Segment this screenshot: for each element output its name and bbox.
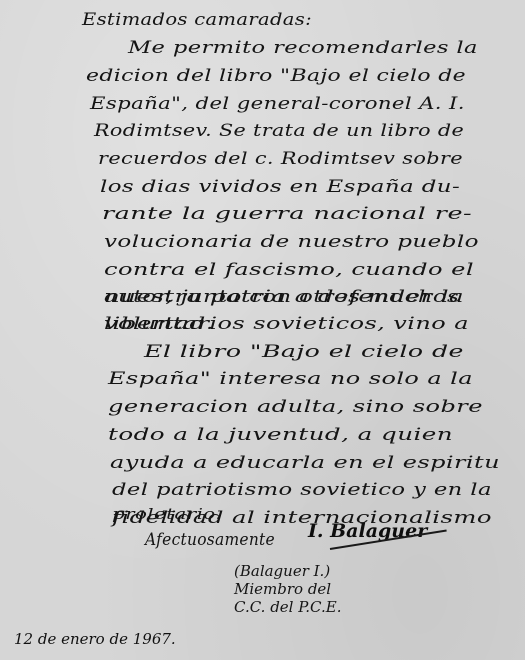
paragraph-line: generacion adulta, sino sobre xyxy=(108,397,483,417)
paragraph-line: los dias vividos en España du- xyxy=(100,177,460,197)
paragraph-line: libertad. xyxy=(104,314,214,334)
paragraph-line: volucionaria de nuestro pueblo xyxy=(104,232,479,252)
paragraph-line: proletario. xyxy=(112,505,222,523)
paragraph-line: contra el fascismo, cuando el xyxy=(104,260,474,280)
handwritten-signature: I. Balaguer xyxy=(308,520,427,542)
paragraph-line: edicion del libro "Bajo el cielo de xyxy=(86,66,466,86)
paragraph-line: Me permito recomendarles la xyxy=(128,38,478,58)
letter-closing: Afectuosamente xyxy=(145,530,275,550)
paragraph-line: Rodimtsev. Se trata de un libro de xyxy=(94,121,464,141)
paragraph-line: España", del general-coronel A. I. xyxy=(90,94,465,114)
paragraph-line: ayuda a educarla en el espiritu xyxy=(110,453,500,473)
letter-greeting: Estimados camaradas: xyxy=(82,10,312,30)
letter-date: 12 de enero de 1967. xyxy=(14,630,176,648)
signature-block: (Balaguer I.) Miembro del C.C. del P.C.E… xyxy=(234,562,341,616)
signatory-organization: C.C. del P.C.E. xyxy=(234,598,341,616)
signatory-title: Miembro del xyxy=(234,580,341,598)
paragraph-line: todo a la juventud, a quien xyxy=(108,425,453,445)
paragraph-line: recuerdos del c. Rodimtsev sobre xyxy=(98,149,463,169)
paragraph-line: nuestra patria a defender la xyxy=(104,287,464,307)
paragraph-line: rante la guerra nacional re- xyxy=(102,204,472,224)
paragraph-line: España" interesa no solo a la xyxy=(108,369,473,389)
paragraph-line: El libro "Bajo el cielo de xyxy=(144,342,464,362)
signatory-name: (Balaguer I.) xyxy=(234,562,341,580)
paragraph-line: del patriotismo sovietico y en la xyxy=(112,480,492,500)
